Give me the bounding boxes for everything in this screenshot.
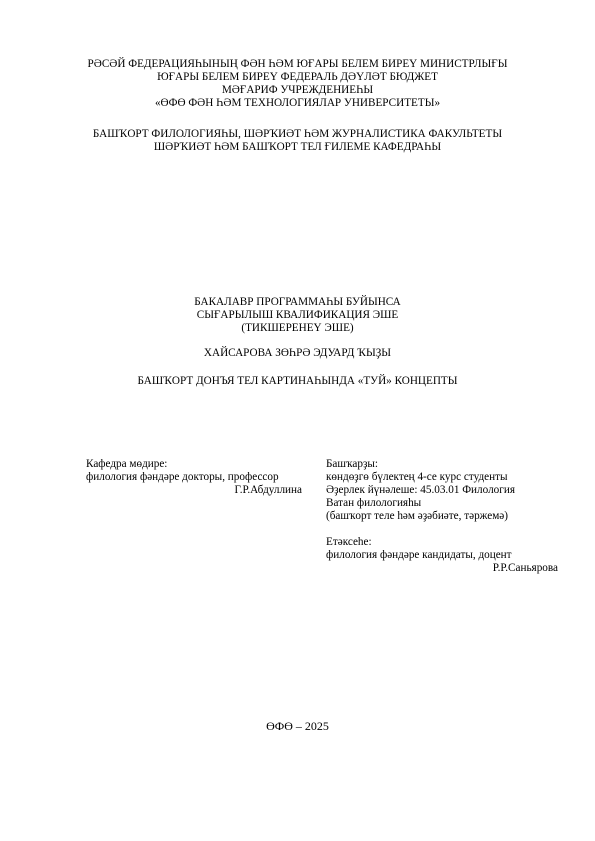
- author-name: ХАЙСАРОВА ЗӨҺРӘ ЭДУАРД ҠЫҘЫ: [0, 347, 595, 360]
- hod-title: филология фәндәре докторы, профессор: [86, 471, 302, 484]
- student-label: Башҡарҙы:: [326, 458, 558, 471]
- faculty-header: БАШҠОРТ ФИЛОЛОГИЯҺЫ, ШӘРҠИӘТ ҺӘМ ЖУРНАЛИ…: [0, 128, 595, 154]
- city-year: ӨФӨ – 2025: [0, 720, 595, 733]
- thesis-topic: БАШҠОРТ ДОНЪЯ ТЕЛ КАРТИНАҺЫНДА «ТУЙ» КОН…: [0, 375, 595, 388]
- header-line: МӘҒАРИФ УЧРЕЖДЕНИЕҺЫ: [0, 84, 595, 97]
- work-type: БАКАЛАВР ПРОГРАММАҺЫ БУЙЫНСА СЫҒАРЫЛЫШ К…: [0, 296, 595, 335]
- supervisor-title: филология фәндәре кандидаты, доцент: [326, 549, 558, 562]
- student-supervisor-block: Башҡарҙы: көндөҙгө бүлектең 4-се курс ст…: [326, 458, 558, 575]
- student-course: көндөҙгө бүлектең 4-се курс студенты: [326, 471, 558, 484]
- hod-name: Г.Р.Абдуллина: [86, 484, 302, 497]
- supervisor-name: Р.Р.Саньярова: [326, 562, 558, 575]
- head-of-department-block: Кафедра мөдире: филология фәндәре доктор…: [86, 458, 302, 497]
- supervisor-label: Етәксеһе:: [326, 536, 558, 549]
- department-line: ШӘРҠИӘТ ҺӘМ БАШҠОРТ ТЕЛ ҒИЛЕМЕ КАФЕДРАҺЫ: [0, 141, 595, 154]
- work-type-line: БАКАЛАВР ПРОГРАММАҺЫ БУЙЫНСА: [0, 296, 595, 309]
- ministry-header: РӘСӘЙ ФЕДЕРАЦИЯҺЫНЫҢ ФӘН ҺӘМ ЮҒАРЫ БЕЛЕМ…: [0, 58, 595, 110]
- faculty-line: БАШҠОРТ ФИЛОЛОГИЯҺЫ, ШӘРҠИӘТ ҺӘМ ЖУРНАЛИ…: [0, 128, 595, 141]
- header-line: ЮҒАРЫ БЕЛЕМ БИРЕҮ ФЕДЕРАЛЬ ДӘҮЛӘТ БЮДЖЕТ: [0, 71, 595, 84]
- header-line: «ӨФӨ ФӘН ҺӘМ ТЕХНОЛОГИЯЛАР УНИВЕРСИТЕТЫ»: [0, 97, 595, 110]
- student-profile-detail: (башҡорт теле һәм әҙәбиәте, тәржемә): [326, 510, 558, 523]
- hod-label: Кафедра мөдире:: [86, 458, 302, 471]
- work-type-line: (ТИКШЕРЕНЕҮ ЭШЕ): [0, 322, 595, 335]
- student-direction: Әҙерлек йүнәлеше: 45.03.01 Филология: [326, 484, 558, 497]
- work-type-line: СЫҒАРЫЛЫШ КВАЛИФИКАЦИЯ ЭШЕ: [0, 309, 595, 322]
- student-profile: Ватан филологияһы: [326, 497, 558, 510]
- spacer: [326, 523, 558, 536]
- header-line: РӘСӘЙ ФЕДЕРАЦИЯҺЫНЫҢ ФӘН ҺӘМ ЮҒАРЫ БЕЛЕМ…: [0, 58, 595, 71]
